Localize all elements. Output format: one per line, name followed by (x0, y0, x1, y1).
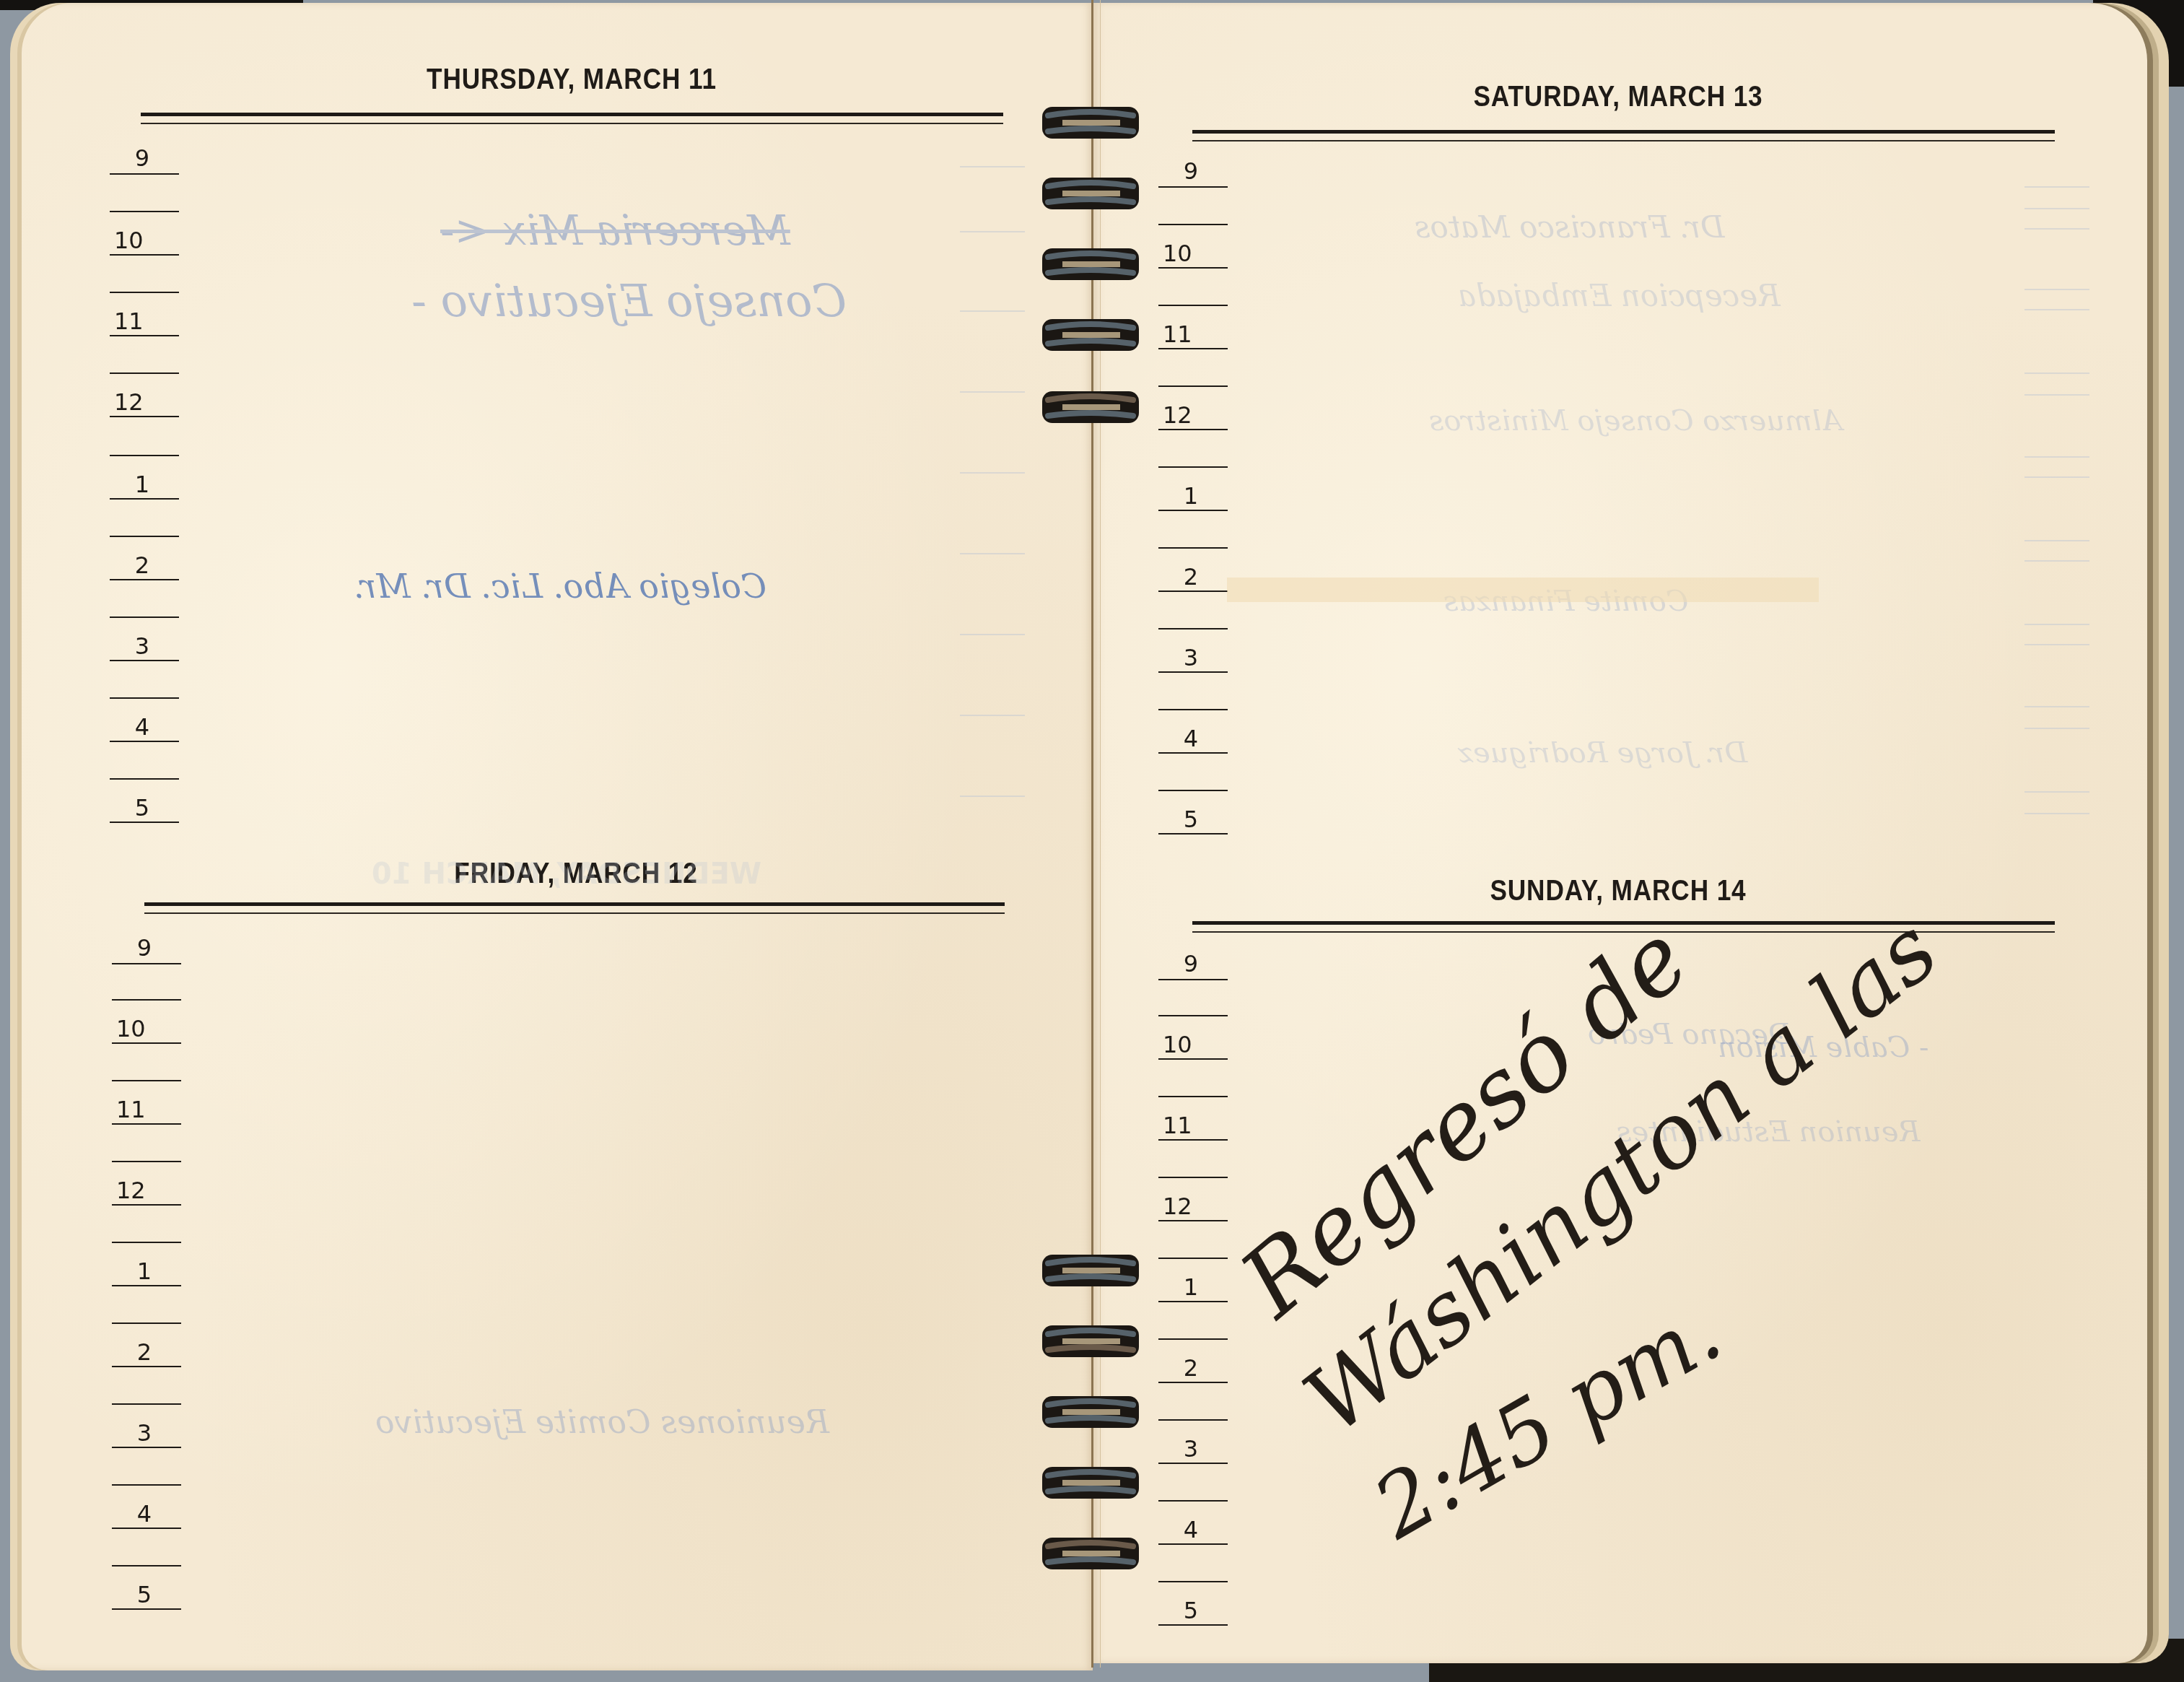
bleed-through-ink: Recepcion Embajada (1458, 278, 1781, 313)
hour-slot: 5 (1158, 790, 1231, 870)
hour-label: 9 (1158, 950, 1223, 977)
hour-slot: 12 (1158, 1177, 1231, 1257)
hour-line (110, 372, 179, 374)
spiral-ring-icon (1041, 105, 1140, 140)
paper-stain (1227, 578, 1819, 602)
hour-slot: 3 (112, 1403, 184, 1483)
hour-slot: 4 (110, 697, 182, 777)
hour-line (110, 660, 179, 661)
hour-line (1158, 547, 1228, 549)
hour-line (112, 1484, 181, 1486)
bleed-through-ink: Almuerzo Consejo Ministros (1429, 404, 1843, 437)
hour-slot: 5 (110, 778, 182, 858)
hour-line (1158, 1258, 1228, 1259)
hour-line (112, 963, 181, 964)
hour-line (110, 579, 179, 580)
hour-slot: 11 (112, 1080, 184, 1160)
hour-line (112, 1285, 181, 1286)
hour-label: 4 (110, 713, 175, 741)
hour-line (110, 536, 179, 537)
hour-label: 10 (112, 1015, 181, 1042)
hour-label: 10 (110, 227, 179, 254)
bleed-through-ink: Consejo Ejecutivo - (411, 274, 847, 327)
hour-line (1158, 510, 1228, 511)
bleed-through-ink: Colegio Abo. Lic. Dr. Mr. (354, 567, 766, 606)
hour-line (1158, 1581, 1228, 1582)
hour-slot: 2 (110, 536, 182, 616)
spiral-ring-icon (1041, 1536, 1140, 1571)
hour-slot: 10 (1158, 1015, 1231, 1095)
hour-slot: 1 (110, 455, 182, 535)
hour-slot: 4 (1158, 709, 1231, 789)
hour-line (112, 1447, 181, 1448)
hour-line (110, 697, 179, 699)
hour-line (1158, 429, 1228, 430)
hour-line (1158, 591, 1228, 592)
hour-line (1158, 1139, 1228, 1141)
hour-label: 9 (1158, 157, 1223, 185)
hour-label: 2 (1158, 563, 1223, 591)
hour-label: 3 (112, 1419, 177, 1447)
hour-slot: 10 (110, 211, 182, 291)
hour-label: 5 (112, 1581, 177, 1608)
hour-label: 11 (112, 1096, 181, 1123)
hour-slot: 10 (112, 999, 184, 1079)
hour-slot: 11 (110, 292, 182, 372)
hour-line (1158, 186, 1228, 188)
hour-line (1158, 1500, 1228, 1502)
hour-line (112, 1608, 181, 1610)
hour-label: 2 (112, 1338, 177, 1366)
hour-line (110, 254, 179, 256)
hour-slot: 5 (1158, 1581, 1231, 1661)
hour-slot: 11 (1158, 1096, 1231, 1176)
hour-label: 1 (110, 471, 175, 498)
hour-line (112, 1204, 181, 1206)
hour-slot: 2 (1158, 1338, 1231, 1419)
hour-line (110, 173, 179, 175)
spiral-ring-icon (1041, 390, 1140, 424)
hour-label: 1 (1158, 1273, 1223, 1301)
spiral-ring-icon (1041, 1253, 1140, 1288)
hour-label: 2 (110, 552, 175, 579)
hour-line (112, 1080, 181, 1081)
bleed-through-ink: Dr. Jorge Rodriguez (1458, 736, 1747, 770)
hour-label: 5 (1158, 806, 1223, 833)
hour-line (110, 741, 179, 742)
header-rule (144, 902, 1005, 914)
hour-label: 9 (112, 934, 177, 962)
hour-slot: 12 (110, 372, 182, 453)
hour-line (112, 999, 181, 1001)
hour-slot: 12 (112, 1161, 184, 1241)
bleed-through-ink: Dr. Francisco Matos (1415, 209, 1725, 245)
hour-label: 12 (1158, 1193, 1228, 1220)
hour-slot: 9 (1158, 141, 1231, 222)
hour-line (1158, 1419, 1228, 1421)
hour-line (1158, 385, 1228, 387)
hour-line (1158, 833, 1228, 835)
hour-label: 12 (112, 1177, 181, 1204)
hour-label: 5 (110, 794, 175, 822)
spiral-ring-icon (1041, 1324, 1140, 1359)
hour-label: 11 (110, 308, 179, 335)
hour-slot: 1 (112, 1242, 184, 1322)
hour-line (1158, 1543, 1228, 1545)
hour-line (112, 1123, 181, 1125)
bleed-through-header: WEDNESDAY, MARCH 10 (372, 858, 761, 891)
spiral-ring-icon (1041, 1395, 1140, 1429)
day-header-saturday: SATURDAY, MARCH 13 (1364, 81, 1872, 113)
hour-label: 3 (1158, 644, 1223, 671)
spiral-ring-icon (1041, 176, 1140, 211)
hour-slot: 12 (1158, 385, 1231, 466)
hour-label: 11 (1158, 321, 1228, 348)
hour-slot: 2 (112, 1322, 184, 1403)
hour-line (112, 1042, 181, 1044)
hour-line (110, 292, 179, 293)
hour-label: 4 (112, 1500, 177, 1528)
hour-slot: 9 (112, 918, 184, 998)
hour-label: 10 (1158, 1031, 1228, 1058)
hour-slot: 2 (1158, 547, 1231, 627)
hour-line (1158, 1382, 1228, 1383)
hour-slot: 4 (1158, 1500, 1231, 1580)
day-header-sunday: SUNDAY, MARCH 14 (1364, 875, 1872, 907)
hour-label: 4 (1158, 1516, 1223, 1543)
hour-line (1158, 671, 1228, 673)
hour-line (112, 1528, 181, 1529)
hour-label: 9 (110, 144, 175, 172)
hour-slot: 3 (1158, 1419, 1231, 1499)
spiral-ring-icon (1041, 1465, 1140, 1500)
hour-line (112, 1242, 181, 1243)
hour-slot: 1 (1158, 466, 1231, 546)
hour-line (110, 416, 179, 417)
hour-line (1158, 1058, 1228, 1060)
hour-line (1158, 1463, 1228, 1464)
hour-line (1158, 1177, 1228, 1178)
header-rule (141, 113, 1003, 124)
hour-line (110, 778, 179, 780)
hour-line (1158, 466, 1228, 468)
hour-line (112, 1322, 181, 1324)
bleed-through-ink: Merceria Mix <- (440, 206, 790, 255)
bleed-through-ink: Reuniones Comite Ejecutivo (375, 1404, 829, 1441)
hour-label: 12 (1158, 401, 1228, 429)
hour-line (110, 211, 179, 212)
hour-label: 12 (110, 388, 179, 416)
hour-line (1158, 1015, 1228, 1016)
hour-line (1158, 267, 1228, 269)
hour-slot: 3 (1158, 628, 1231, 708)
spiral-ring-icon (1041, 318, 1140, 352)
hour-line (1158, 979, 1228, 980)
hour-slot: 11 (1158, 305, 1231, 385)
hour-label: 11 (1158, 1112, 1228, 1139)
hour-line (112, 1565, 181, 1566)
hour-slot: 1 (1158, 1258, 1231, 1338)
hour-slot: 5 (112, 1565, 184, 1645)
hour-label: 2 (1158, 1354, 1223, 1382)
hour-slot: 9 (1158, 934, 1231, 1014)
hour-line (110, 335, 179, 336)
hour-line (1158, 1301, 1228, 1302)
hour-line (1158, 224, 1228, 225)
hour-label: 1 (112, 1258, 177, 1285)
hour-line (1158, 628, 1228, 629)
hour-line (1158, 1624, 1228, 1626)
hour-line (112, 1161, 181, 1162)
hour-line (1158, 790, 1228, 791)
hour-line (1158, 752, 1228, 754)
hour-line (1158, 305, 1228, 306)
hour-line (110, 616, 179, 618)
hour-label: 3 (1158, 1435, 1223, 1463)
hour-line (1158, 1220, 1228, 1221)
header-rule (1192, 130, 2055, 141)
day-header-thursday: THURSDAY, MARCH 11 (318, 64, 826, 96)
hour-line (112, 1403, 181, 1405)
hour-label: 1 (1158, 482, 1223, 510)
hour-slot: 9 (110, 128, 182, 209)
hour-line (110, 498, 179, 500)
hour-slot: 10 (1158, 224, 1231, 304)
hour-label: 10 (1158, 240, 1228, 267)
hour-label: 3 (110, 632, 175, 660)
hour-slot: 4 (112, 1484, 184, 1564)
hour-line (1158, 1096, 1228, 1097)
hour-line (1158, 348, 1228, 349)
hour-line (110, 822, 179, 823)
hour-line (110, 455, 179, 456)
hour-line (112, 1366, 181, 1367)
hour-line (1158, 709, 1228, 710)
hour-slot: 3 (110, 616, 182, 697)
spiral-ring-icon (1041, 247, 1140, 282)
hour-label: 4 (1158, 725, 1223, 752)
hour-line (1158, 1338, 1228, 1340)
hour-label: 5 (1158, 1597, 1223, 1624)
